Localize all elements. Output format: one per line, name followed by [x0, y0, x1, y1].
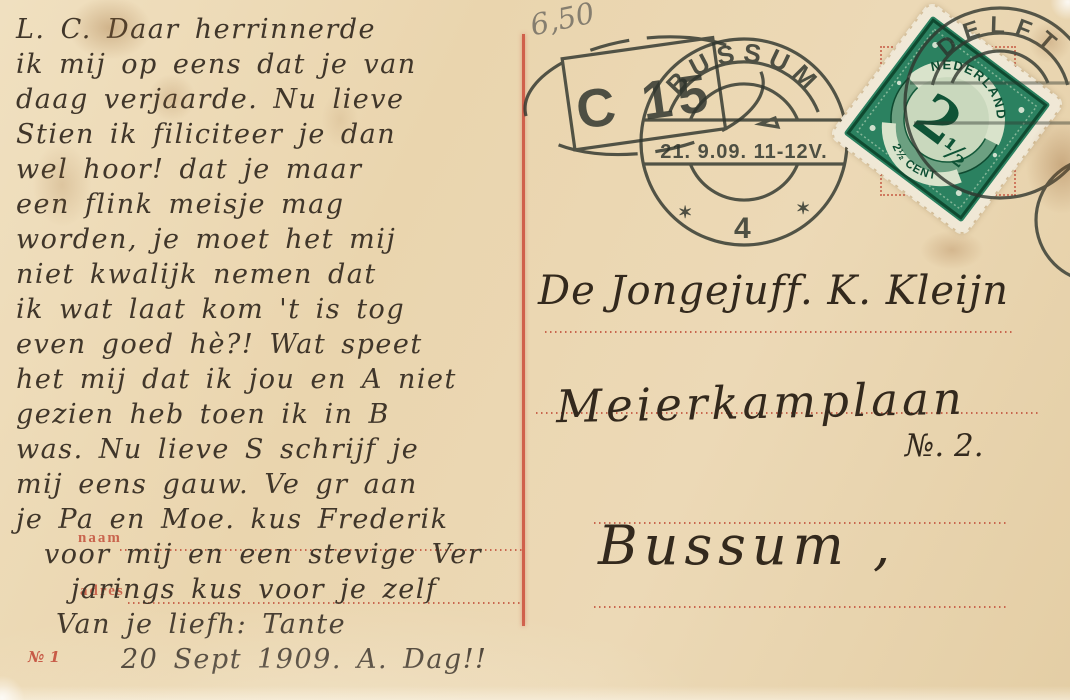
message-line: even goed hè?! Wat speet [16, 327, 522, 362]
handwritten-message: L. C. Daar herrinnerde ik mij op eens da… [16, 12, 522, 677]
bussum-office-number: 4 [734, 212, 751, 245]
message-line: gezien heb toen ik in B [16, 397, 522, 432]
c15-code-text: C 15 [572, 62, 717, 141]
message-line: Stien ik filiciteer je dan [16, 117, 522, 152]
message-line: wel hoor! dat je maar [16, 152, 522, 187]
center-divider-line [522, 34, 525, 626]
address-dotted-line-4 [594, 606, 1008, 608]
address-dotted-line-1 [545, 331, 1015, 333]
message-line: niet kwalijk nemen dat [16, 257, 522, 292]
message-line: jarings kus voor je zelf [71, 572, 522, 607]
postcard-back: L. C. Daar herrinnerde ik mij op eens da… [0, 0, 1070, 700]
address-street: Meierkamplaan [555, 372, 966, 434]
message-line: 20 Sept 1909. A. Dag!! [121, 642, 522, 677]
stamp-design: NEDERLAND 2½ CENT 2 ½ [843, 15, 1050, 222]
message-line: ik mij op eens dat je van [16, 47, 522, 82]
postage-stamp: NEDERLAND 2½ CENT 2 ½ [831, 3, 1063, 235]
bussum-town-text: BUSSUM [660, 37, 828, 100]
ink-blob [760, 118, 778, 127]
partial-postmark-arc [1036, 158, 1070, 282]
bussum-date-text: 21. 9.09. 11-12V. [660, 141, 828, 163]
message-line: voor mij en een stevige Ver [44, 537, 522, 572]
message-line: was. Nu lieve S schrijf je [16, 432, 522, 467]
message-line: het mij dat ik jou en A niet [16, 362, 522, 397]
bussum-postmark: BUSSUM 21. 9.09. 11-12V. ✶ ✶ 4 [634, 30, 854, 256]
address-house-number: №. 2. [905, 428, 984, 464]
message-line: ik wat laat kom 't is tog [16, 292, 522, 327]
postmark-star-right: ✶ [796, 199, 810, 218]
message-line: je Pa en Moe. kus Frederik [16, 502, 522, 537]
message-line: daag verjaarde. Nu lieve [16, 82, 522, 117]
pencil-price-note: 6,50 [527, 0, 597, 42]
message-line: worden, je moet het mij [16, 222, 522, 257]
address-recipient-name: De Jongejuff. K. Kleijn [538, 268, 1009, 314]
message-line: een flink meisje mag [16, 187, 522, 222]
message-line: L. C. Daar herrinnerde [16, 12, 522, 47]
message-line: mij eens gauw. Ve gr aan [16, 467, 522, 502]
postmark-star-left: ✶ [678, 203, 692, 222]
address-town: Bussum , [598, 514, 896, 577]
message-line: Van je liefh: Tante [56, 607, 522, 642]
